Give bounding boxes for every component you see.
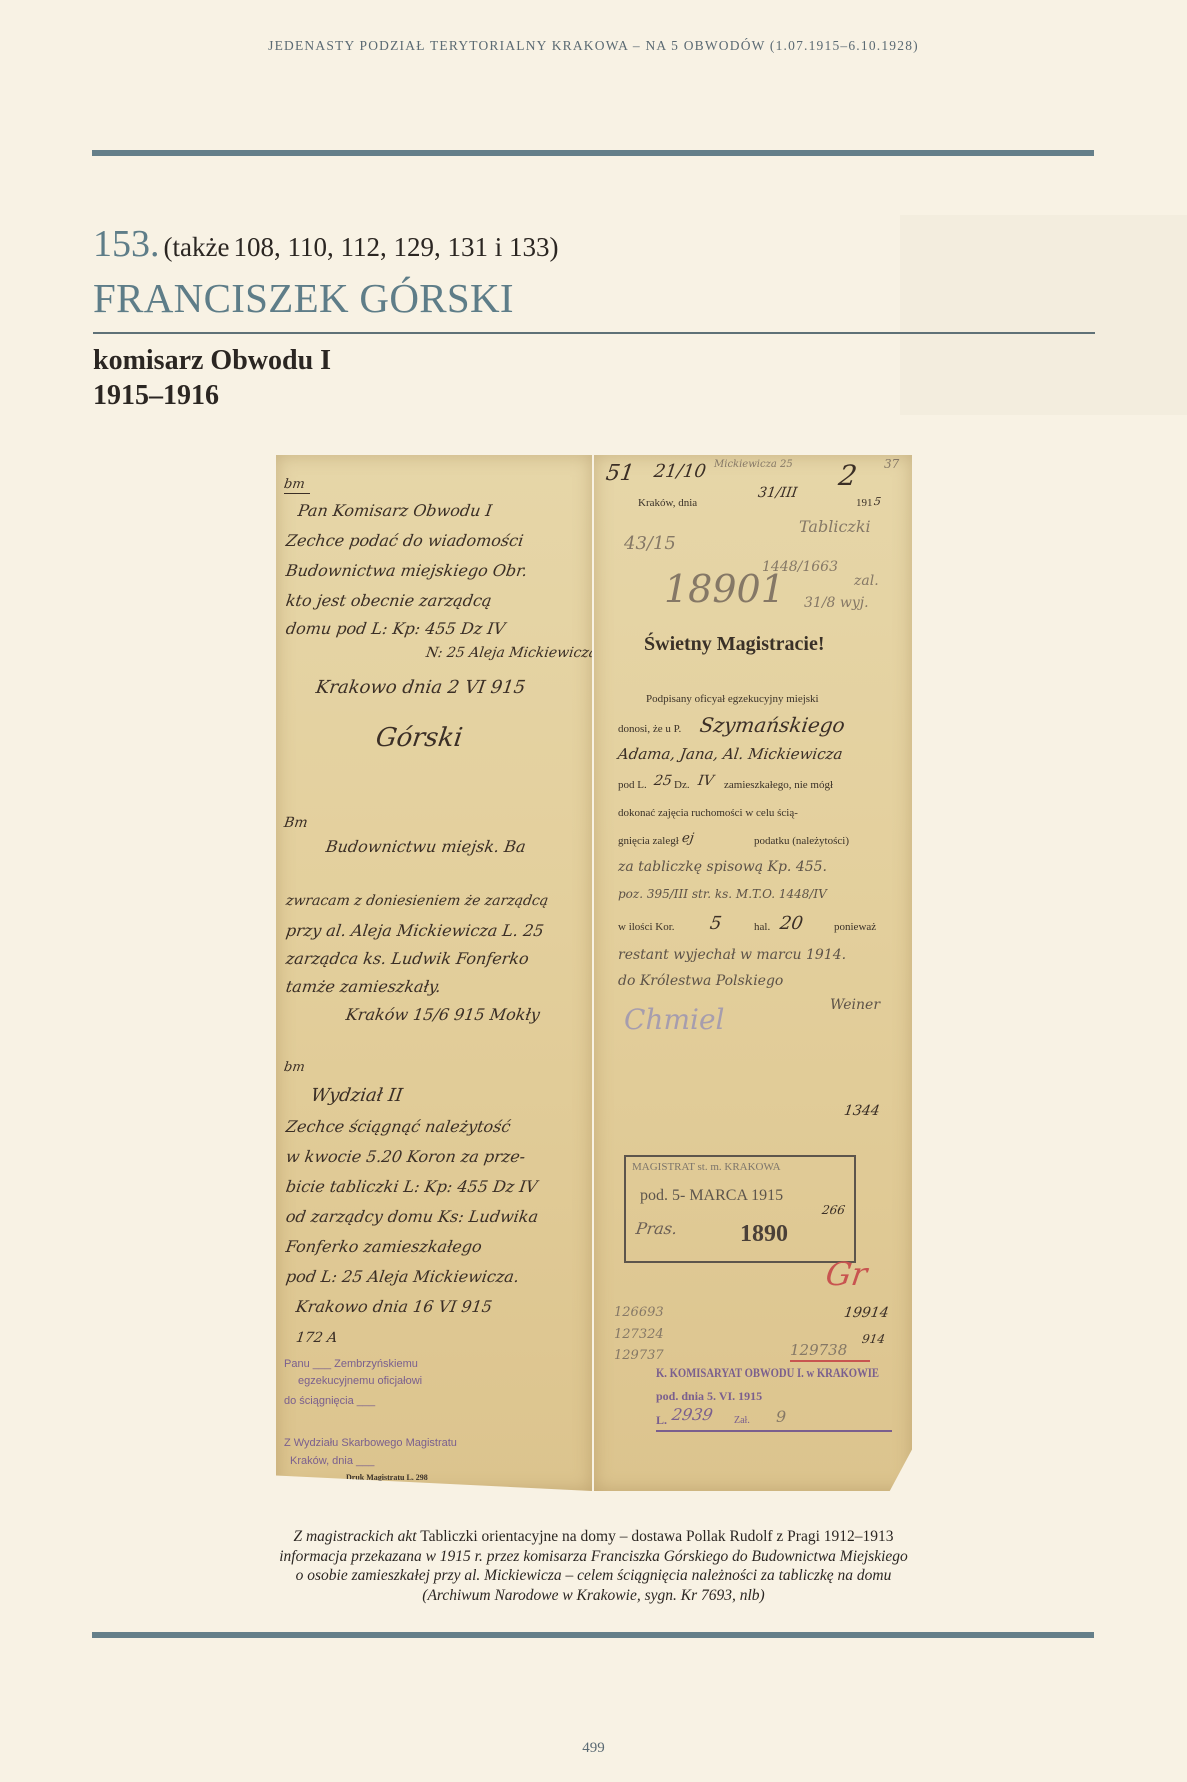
salutation: Świetny Magistracie!: [644, 633, 825, 656]
pencil-note: 37: [884, 457, 899, 471]
running-head: Jedenasty podział terytorialny Krakowa –…: [0, 38, 1187, 54]
ledger-number: 126693: [614, 1305, 664, 1320]
stamp-label: L.: [656, 1413, 667, 1428]
red-underline: [790, 1360, 870, 1362]
pencil-note: zal.: [854, 573, 879, 589]
hand-line: Budownictwu miejsk. Ba: [325, 837, 527, 856]
ref-number: 21/10: [653, 461, 708, 482]
print-line: dokonać zajęcia ruchomości w celu ścią-: [618, 807, 798, 819]
stamp-underline: [656, 1430, 892, 1432]
hand-line: Wydział II: [310, 1085, 404, 1106]
print-line: pod L.: [618, 779, 647, 791]
magistrat-receipt-stamp: MAGISTRAT st. m. KRAKOWA pod. 5- MARCA 1…: [624, 1155, 856, 1263]
entry-number: 153.: [93, 223, 160, 265]
ledger-number: 127324: [614, 1327, 664, 1342]
hand-line: Zechce ściągnąć należytość: [285, 1117, 512, 1136]
entry-also-prefix: (także: [164, 232, 230, 262]
violet-signature: Chmiel: [624, 1003, 725, 1036]
hand-line: Krakowo dnia 16 VI 915: [295, 1297, 494, 1316]
ref-number: 51: [604, 461, 636, 486]
officer-signature: Weiner: [830, 997, 880, 1013]
caption-text: informacja przekazana w 1915 r. przez ko…: [279, 1548, 908, 1565]
hand-kor: 5: [709, 913, 723, 934]
hand-name: Adama, Jana, Al. Mickiewicza: [617, 745, 844, 763]
hand-line: Budownictwa miejskiego Obr.: [285, 561, 529, 580]
hand-line: w kwocie 5.20 Koron za prze-: [285, 1147, 527, 1166]
pencil-note: Tabliczki: [799, 517, 871, 536]
scan-right-page: 51 21/10 Mickiewicza 25 2 37 Kraków, dni…: [594, 455, 912, 1491]
hand-lot: 25: [653, 773, 673, 789]
pencil-note: 1448/1663: [762, 559, 838, 575]
caption-text: Tabliczki orientacyjne na domy – dostawa…: [420, 1528, 893, 1545]
hand-line: tamże zamieszkały.: [285, 977, 443, 996]
hand-hal: 20: [779, 913, 805, 934]
stamp-number: 1890: [740, 1221, 788, 1248]
ledger-number: 914: [861, 1332, 886, 1346]
hand-date: 31/III: [757, 485, 798, 501]
print-place-date: Kraków, dnia: [638, 497, 697, 509]
komisariat-stamp-number: 2939: [671, 1405, 714, 1424]
pencil-note: 43/15: [624, 533, 676, 554]
ledger-number: 129738: [790, 1341, 847, 1359]
stamp-line: pod. 5- MARCA 1915: [640, 1187, 783, 1205]
entry-years: 1915–1916: [93, 380, 219, 412]
hand-line: Pan Komisarz Obwodu I: [297, 501, 494, 520]
hand-year: 5: [873, 495, 882, 508]
hand-line: od zarządcy domu Ks: Ludwika: [285, 1207, 540, 1226]
ledger-number: 129737: [614, 1348, 664, 1363]
stamp-label: Zał.: [734, 1415, 750, 1426]
margin-number: 172 A: [295, 1330, 339, 1346]
stamp-suffix: 266: [821, 1203, 846, 1217]
hand-mark: 1344: [843, 1103, 881, 1119]
print-line: podatku (należytości): [754, 835, 849, 847]
print-year: 191: [856, 497, 873, 509]
form-line: Kraków, dnia ___: [290, 1455, 374, 1467]
stamp-line: MAGISTRAT st. m. KRAKOWA: [632, 1161, 781, 1173]
signature: Górski: [374, 723, 464, 753]
bottom-rule: [92, 1632, 1094, 1638]
hand-name: Szymańskiego: [698, 713, 846, 737]
mark-bm: Bm: [283, 815, 309, 831]
ledger-number: 19914: [843, 1305, 890, 1321]
top-rule: [92, 150, 1094, 156]
form-line: Panu ___ Zembrzyńskiemu: [284, 1358, 418, 1370]
ref-number: 2: [837, 459, 859, 492]
hand-line: N: 25 Aleja Mickiewicza: [425, 645, 598, 661]
form-line: Z Wydziału Skarbowego Magistratu: [284, 1437, 457, 1449]
entry-heading: 153. (także 108, 110, 112, 129, 131 i 13…: [93, 222, 558, 266]
komisariat-stamp-date: pod. dnia 5. VI. 1915: [656, 1389, 762, 1404]
entry-role: komisarz Obwodu I: [93, 345, 331, 377]
hand-suffix: ej: [681, 831, 695, 846]
form-line: do ściągnięcia ___: [284, 1395, 375, 1407]
form-line: egzekucyjnemu oficjałowi: [298, 1375, 422, 1387]
print-imprint: Druk Magistratu L. 298: [346, 1473, 428, 1482]
hand-item: za tabliczkę spisową Kp. 455.: [618, 859, 827, 875]
attachments-count: 9: [776, 1407, 786, 1426]
print-line: gnięcia zaległ: [618, 835, 679, 847]
print-line: Podpisany oficyał egzekucyjny miejski: [646, 693, 819, 705]
print-line: zamieszkałego, nie mógł: [724, 779, 833, 791]
hand-line: zwracam z doniesieniem że zarządcą: [285, 893, 549, 909]
caption-source: (Archiwum Narodowe w Krakowie, sygn. Kr …: [422, 1587, 764, 1604]
entry-person-name: FRANCISZEK GÓRSKI: [93, 274, 514, 322]
print-line: Dz.: [674, 779, 690, 791]
scan-left-page: bm Pan Komisarz Obwodu I Zechce podać do…: [276, 455, 592, 1491]
caption-italic: Z magistrackich akt: [293, 1528, 416, 1545]
komisariat-stamp-title: K. KOMISARYAT OBWODU I. w KRAKOWIE: [656, 1365, 879, 1381]
pencil-note: 31/8 wyj.: [804, 595, 869, 611]
hand-ref: poz. 395/III str. ks. M.T.O. 1448/IV: [618, 887, 827, 901]
hand-district: IV: [697, 773, 715, 789]
mark-bm: bm: [283, 1060, 306, 1075]
underline: [284, 493, 310, 494]
print-line: w ilości Kor.: [618, 921, 675, 933]
hand-reason: do Królestwa Polskiego: [618, 973, 783, 989]
hand-line: pod L: 25 Aleja Mickiewicza.: [285, 1267, 521, 1286]
page-number: 499: [0, 1740, 1187, 1757]
archival-document-scan: bm Pan Komisarz Obwodu I Zechce podać do…: [276, 455, 912, 1491]
stamp-initials: Pras.: [635, 1219, 679, 1238]
print-line: hal.: [754, 921, 770, 933]
entry-cross-references: 108, 110, 112, 129, 131 i 133): [233, 232, 558, 262]
hand-reason: restant wyjechał w marcu 1914.: [618, 947, 846, 963]
figure-caption: Z magistrackich akt Tabliczki orientacyj…: [180, 1527, 1007, 1605]
bleed-through-shadow: [900, 215, 1187, 415]
hand-line: bicie tabliczki L: Kp: 455 Dz IV: [285, 1177, 539, 1196]
hand-line: kto jest obecnie zarządcą: [285, 591, 493, 610]
mark-bm: bm: [283, 477, 306, 492]
print-line: donosi, że u P.: [618, 723, 681, 735]
hand-line: przy al. Aleja Mickiewicza L. 25: [285, 921, 545, 940]
hand-line: Fonferko zamieszkałego: [285, 1237, 483, 1256]
pencil-note: Mickiewicza 25: [714, 459, 793, 470]
hand-line: Krakowo dnia 2 VI 915: [315, 677, 527, 698]
name-rule: [93, 332, 1095, 334]
caption-text: o osobie zamieszkałej przy al. Mickiewic…: [296, 1567, 892, 1584]
hand-line: Kraków 15/6 915 Mokły: [345, 1005, 541, 1024]
hand-line: domu pod L: Kp: 455 Dz IV: [285, 619, 507, 638]
red-mark: Gr: [823, 1255, 869, 1293]
hand-line: zarządca ks. Ludwik Fonferko: [285, 949, 530, 968]
hand-line: Zechce podać do wiadomości: [285, 531, 525, 550]
print-line: ponieważ: [834, 921, 876, 933]
